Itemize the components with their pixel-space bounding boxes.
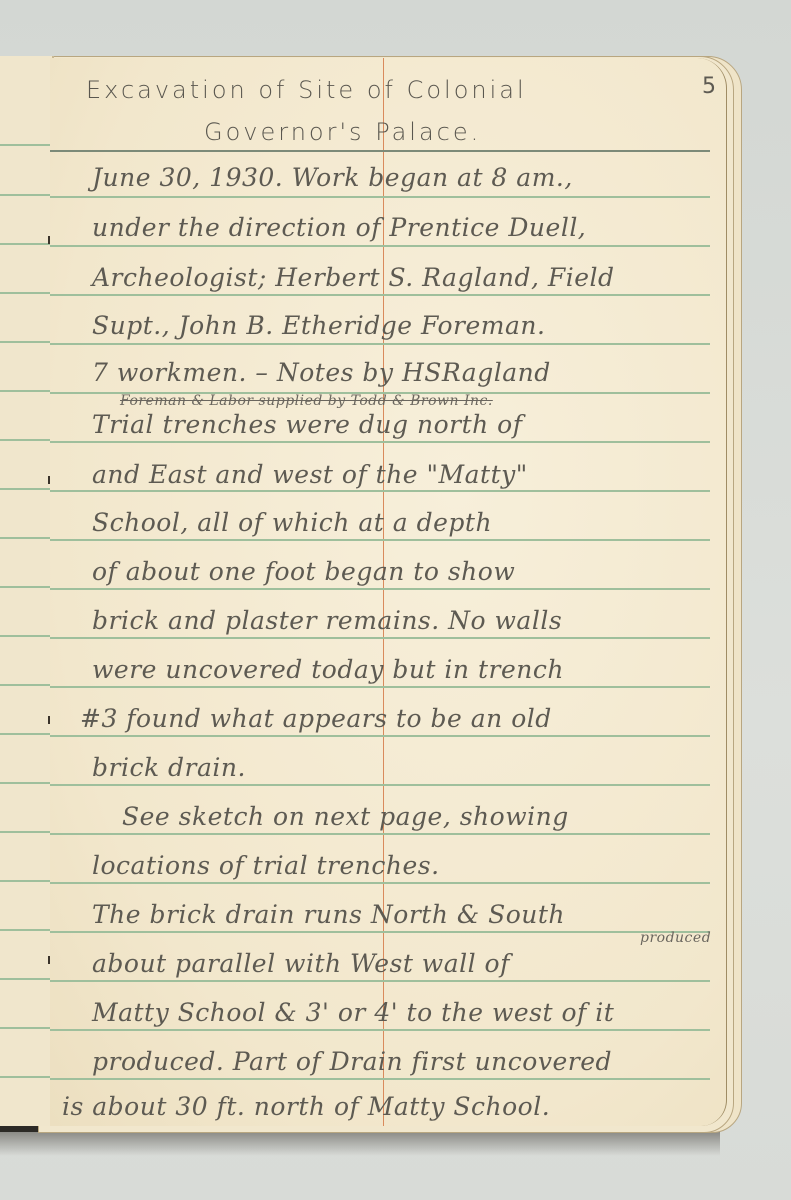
text-line-6: Trial trenches were dug north of: [92, 410, 522, 439]
text-line-7: and East and west of the "Matty": [92, 460, 528, 489]
text-line-14: See sketch on next page, showing: [122, 802, 569, 831]
text-line-18: Matty School & 3' or 4' to the west of i…: [92, 998, 614, 1027]
facing-page-edge: [0, 56, 54, 1126]
text-line-8: School, all of which at a depth: [92, 508, 492, 537]
text-line-20: is about 30 ft. north of Matty School.: [62, 1092, 550, 1121]
text-line-2: under the direction of Prentice Duell,: [92, 213, 586, 242]
text-line-4: Supt., John B. Etheridge Foreman.: [92, 311, 545, 340]
page-title-line-1: Excavation of Site of Colonial: [86, 76, 527, 104]
notebook-page: Excavation of Site of Colonial 5 Governo…: [50, 58, 727, 1126]
page-number: 5: [702, 74, 717, 99]
text-line-19: produced. Part of Drain first uncovered: [92, 1047, 612, 1076]
text-line-3: Archeologist; Herbert S. Ragland, Field: [92, 263, 615, 292]
text-line-11: were uncovered today but in trench: [92, 655, 564, 684]
page-title-line-2: Governor's Palace.: [204, 118, 481, 146]
text-line-17: about parallel with West wall of: [92, 949, 510, 978]
interlinear-insert: produced: [640, 930, 711, 946]
text-line-15: locations of trial trenches.: [92, 851, 440, 880]
text-line-1: June 30, 1930. Work began at 8 am.,: [92, 163, 573, 192]
text-line-12: #3 found what appears to be an old: [80, 704, 552, 733]
struck-interlinear-note: Foreman & Labor supplied by Todd & Brown…: [120, 393, 493, 409]
text-line-16: The brick drain runs North & South: [92, 900, 565, 929]
header-rule: [50, 150, 710, 152]
text-line-10: brick and plaster remains. No walls: [92, 606, 562, 635]
text-line-9: of about one foot began to show: [92, 557, 515, 586]
text-line-13: brick drain.: [92, 753, 246, 782]
text-line-5: 7 workmen. – Notes by HSRagland: [92, 358, 551, 387]
